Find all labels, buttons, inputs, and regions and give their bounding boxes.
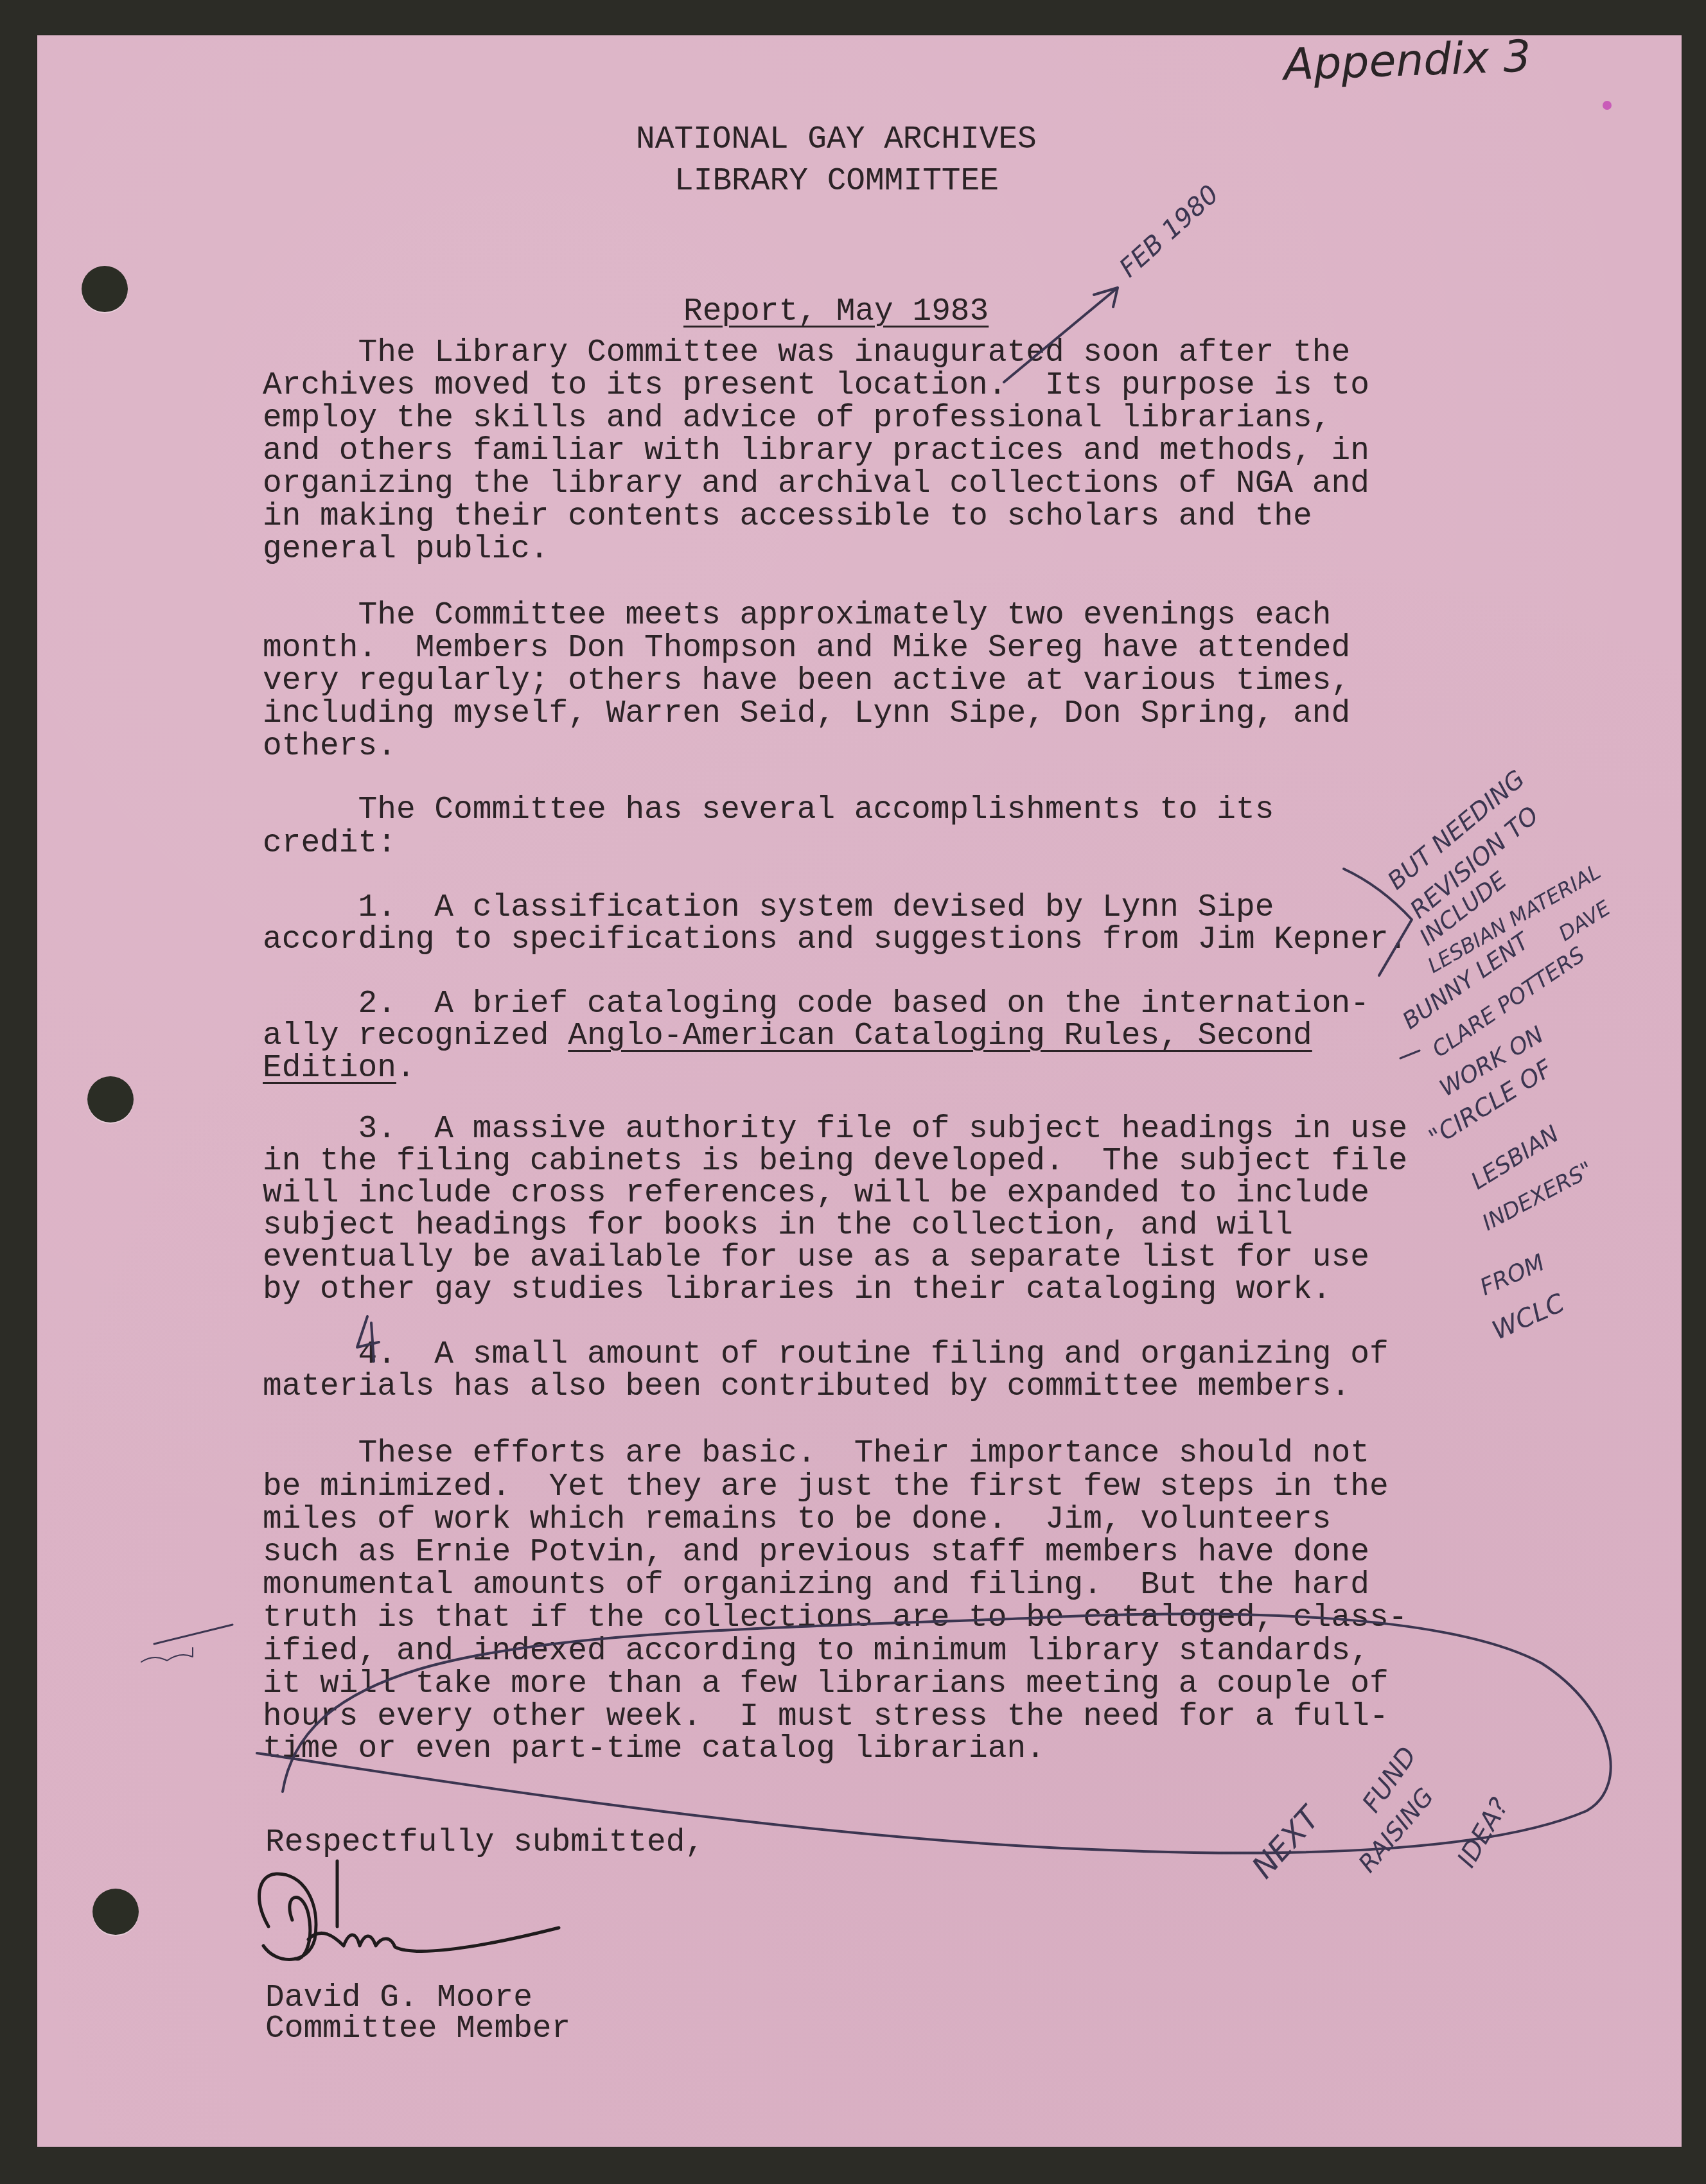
book-title-underlined: Anglo-American Cataloging Rules, Second: [568, 1018, 1312, 1054]
text-line: The Library Committee was inaugurated so…: [263, 336, 1350, 369]
signer-name: David G. Moore: [265, 1982, 532, 2014]
text-span: .: [396, 1050, 416, 1086]
text-line: 4. A small amount of routine filing and …: [263, 1338, 1389, 1370]
text-line: such as Ernie Potvin, and previous staff…: [263, 1536, 1369, 1568]
text-line: monumental amounts of organizing and fil…: [263, 1569, 1369, 1601]
text-line: 1. A classification system devised by Ly…: [263, 891, 1274, 923]
hole-punch-bottom: [92, 1889, 139, 1935]
text-line: Edition.: [263, 1052, 416, 1084]
text-line: employ the skills and advice of professi…: [263, 402, 1331, 434]
text-line: very regularly; others have been active …: [263, 665, 1350, 697]
text-line: The Committee meets approximately two ev…: [263, 599, 1331, 631]
appendix-label-handwritten: Appendix 3: [1283, 31, 1531, 91]
text-line: time or even part-time catalog librarian…: [263, 1733, 1045, 1765]
text-line: it will take more than a few librarians …: [263, 1668, 1389, 1700]
text-line: These efforts are basic. Their importanc…: [263, 1437, 1369, 1469]
text-line: others.: [263, 730, 396, 762]
closing-salutation: Respectfully submitted,: [265, 1826, 704, 1858]
text-line: including myself, Warren Seid, Lynn Sipe…: [263, 697, 1350, 729]
text-line: ally recognized Anglo-American Catalogin…: [263, 1020, 1312, 1052]
text-line: will include cross references, will be e…: [263, 1177, 1369, 1209]
text-line: eventually be available for use as a sep…: [263, 1241, 1369, 1273]
text-line: in making their contents accessible to s…: [263, 500, 1312, 532]
text-line: The Committee has several accomplishment…: [263, 794, 1274, 826]
signer-role: Committee Member: [265, 2013, 570, 2045]
text-line: 2. A brief cataloging code based on the …: [263, 988, 1369, 1020]
committee-name: LIBRARY COMMITTEE: [674, 165, 999, 197]
text-line: credit:: [263, 827, 396, 859]
hole-punch-top: [82, 266, 128, 312]
text-line: month. Members Don Thompson and Mike Ser…: [263, 632, 1350, 664]
text-line: materials has also been contributed by c…: [263, 1370, 1350, 1402]
text-line: by other gay studies libraries in their …: [263, 1273, 1331, 1306]
text-line: and others familiar with library practic…: [263, 435, 1369, 467]
text-line: hours every other week. I must stress th…: [263, 1700, 1389, 1733]
text-line: according to specifications and suggesti…: [263, 923, 1407, 956]
text-line: truth is that if the collections are to …: [263, 1602, 1407, 1634]
text-line: in the filing cabinets is being develope…: [263, 1145, 1407, 1177]
text-line: subject headings for books in the collec…: [263, 1209, 1293, 1241]
text-line: organizing the library and archival coll…: [263, 467, 1369, 500]
text-line: general public.: [263, 533, 549, 565]
book-title-underlined: Edition: [263, 1050, 396, 1086]
text-line: 3. A massive authority file of subject h…: [263, 1113, 1407, 1145]
org-name: NATIONAL GAY ARCHIVES: [636, 123, 1037, 155]
text-line: ified, and indexed according to minimum …: [263, 1635, 1369, 1667]
text-span: ally recognized: [263, 1018, 568, 1054]
text-line: miles of work which remains to be done. …: [263, 1503, 1331, 1535]
text-line: Archives moved to its present location. …: [263, 369, 1369, 401]
hole-punch-middle: [87, 1076, 134, 1123]
text-line: be minimized. Yet they are just the firs…: [263, 1471, 1389, 1503]
report-title: Report, May 1983: [683, 295, 989, 328]
